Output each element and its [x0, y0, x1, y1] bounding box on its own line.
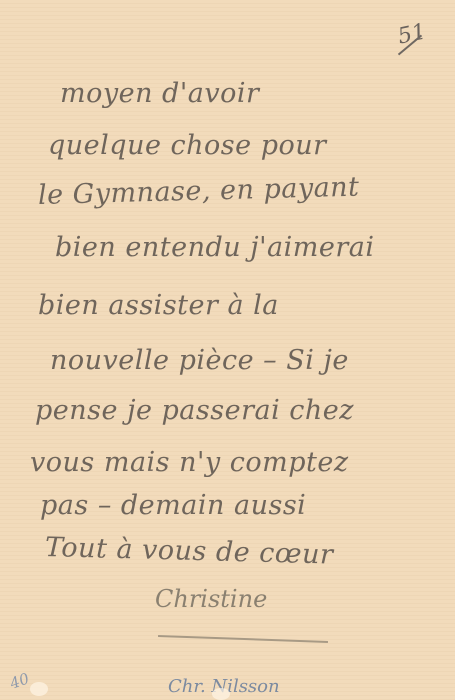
letter-line-9: pas – demain aussi	[40, 490, 306, 521]
signature: Christine	[155, 585, 267, 613]
letter-line-4: bien entendu j'aimerai	[55, 232, 374, 263]
letter-line-8: vous mais n'y comptez	[30, 447, 349, 478]
letter-line-6: nouvelle pièce – Si je	[50, 345, 349, 376]
letter-line-5: bien assister à la	[38, 290, 279, 321]
letter-line-3: le Gymnase, en payant	[38, 172, 360, 211]
letter-line-10: Tout à vous de cœur	[45, 532, 334, 571]
paper-stain	[212, 688, 230, 700]
letter-line-1: moyen d'avoir	[60, 78, 259, 109]
paper-stain	[30, 682, 48, 696]
letter-line-2: quelque chose pour	[48, 130, 327, 161]
letter-line-7: pense je passerai chez	[35, 395, 354, 426]
pencil-number-annotation: 40	[7, 669, 31, 692]
signature-underline	[158, 635, 328, 643]
folio-number: 51	[396, 19, 429, 49]
letter-page: 51 moyen d'avoir quelque chose pour le G…	[0, 0, 455, 700]
